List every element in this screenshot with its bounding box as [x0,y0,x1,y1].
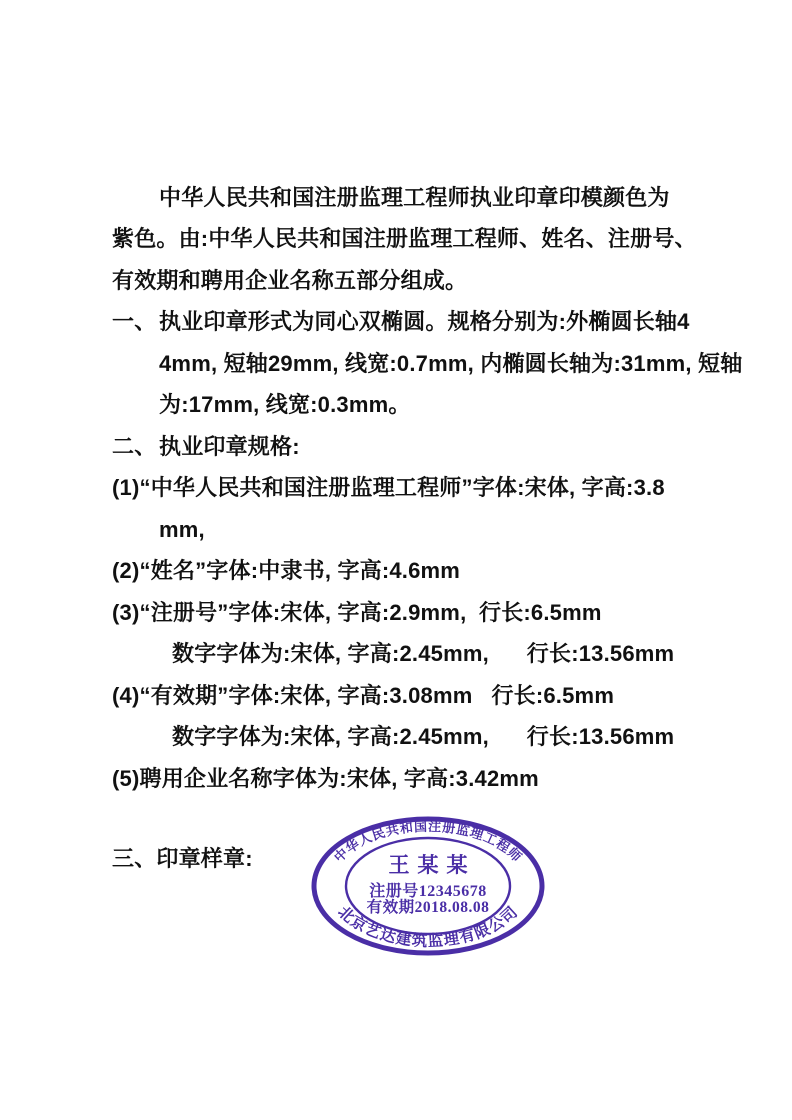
spec4-line-2: 数字字体为:宋体, 字高:2.45mm, 行长:13.56mm [172,723,674,751]
section1-marker: 一、 [112,308,159,336]
intro-line-1: 中华人民共和国注册监理工程师执业印章印模颜色为 [159,184,670,212]
section1-heading-line: 一、执业印章形式为同心双椭圆。规格分别为:外椭圆长轴4 [112,308,690,336]
spec4-line-1: (4)“有效期”字体:宋体, 字高:3.08mm 行长:6.5mm [112,682,614,710]
section1-text: 执业印章形式为同心双椭圆。规格分别为:外椭圆长轴4 [159,309,690,334]
seal-sample-image: 中华人民共和国注册监理工程师 北京艺达建筑监理有限公司 王某某 注册号12345… [310,816,546,956]
spec1-line-2: mm, [159,516,205,544]
section2-marker: 二、 [112,433,159,461]
section3-label: 三、印章样章: [112,845,253,873]
document-page: 中华人民共和国注册监理工程师执业印章印模颜色为 紫色。由:中华人民共和国注册监理… [0,0,792,1120]
spec2-line: (2)“姓名”字体:中隶书, 字高:4.6mm [112,557,460,585]
section1-line-3: 为:17mm, 线宽:0.3mm。 [159,391,411,419]
seal-validity-date: 有效期2018.08.08 [367,897,490,916]
seal-holder-name: 王某某 [389,853,476,877]
section2-heading-line: 二、执业印章规格: [112,433,300,461]
spec3-line-1: (3)“注册号”字体:宋体, 字高:2.9mm, 行长:6.5mm [112,599,602,627]
section1-line-2: 4mm, 短轴29mm, 线宽:0.7mm, 内椭圆长轴为:31mm, 短轴 [159,350,742,378]
spec1-line-1: (1)“中华人民共和国注册监理工程师”字体:宋体, 字高:3.8 [112,474,665,502]
seal-svg: 中华人民共和国注册监理工程师 北京艺达建筑监理有限公司 王某某 注册号12345… [310,816,546,956]
intro-line-2: 紫色。由:中华人民共和国注册监理工程师、姓名、注册号、 [112,225,697,253]
intro-line-3: 有效期和聘用企业名称五部分组成。 [112,267,467,295]
seal-registration-number: 注册号12345678 [369,881,487,900]
spec5-line: (5)聘用企业名称字体为:宋体, 字高:3.42mm [112,765,539,793]
spec3-line-2: 数字字体为:宋体, 字高:2.45mm, 行长:13.56mm [172,640,674,668]
section2-title: 执业印章规格: [159,434,300,459]
